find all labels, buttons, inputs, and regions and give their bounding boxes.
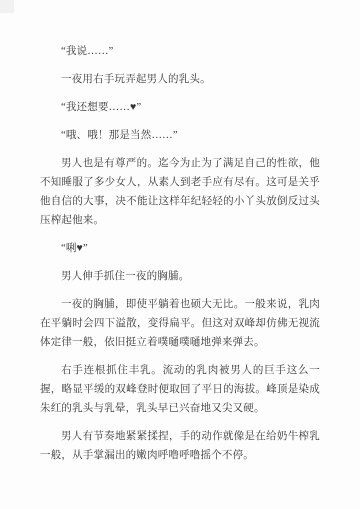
dialogue-paragraph: “我还想要……♥” [40, 98, 320, 117]
reader-page: “我说……” 一夜用右手玩弄起男人的乳头。 “我还想要……♥” “哦、哦！那是当… [0, 0, 360, 509]
dialogue-paragraph: “我说……” [40, 42, 320, 61]
narration-paragraph: 男人有节奏地紧紧揉捏，手的动作就像是在给奶牛榨乳一般，从手掌漏出的嫩肉呼噜呼噜摇… [40, 427, 320, 465]
dialogue-paragraph: “哦、哦！那是当然……” [40, 126, 320, 145]
narration-paragraph: 一夜用右手玩弄起男人的乳头。 [40, 70, 320, 89]
narration-paragraph: 男人伸手抓住一夜的胸脯。 [40, 267, 320, 286]
narration-paragraph: 右手连根抓住丰乳。流动的乳肉被男人的巨手这么一握，略显平缓的双峰登时便取回了平日… [40, 361, 320, 418]
narration-paragraph: 男人也是有尊严的。迄今为止为了满足自己的性欲，他不知睡服了多少女人，从素人到老手… [40, 154, 320, 230]
narration-paragraph: 一夜的胸脯，即使平躺着也硕大无比。一般来说，乳肉在平躺时会四下溢散，变得扁平。但… [40, 295, 320, 352]
dialogue-paragraph: “唎♥” [40, 239, 320, 258]
